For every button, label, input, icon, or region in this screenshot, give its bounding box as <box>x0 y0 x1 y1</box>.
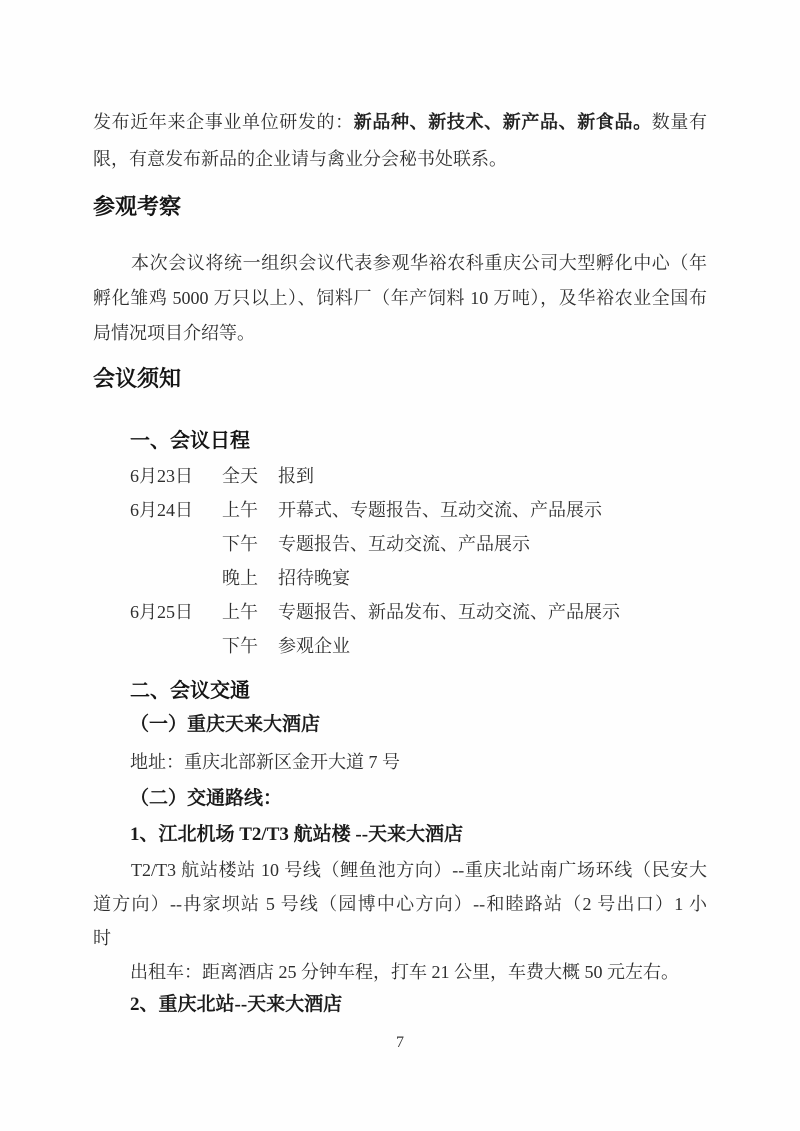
schedule-row: 晚上 招待晚宴 <box>130 561 707 595</box>
visit-paragraph: 本次会议将统一组织会议代表参观华裕农科重庆公司大型孵化中心（年 孵化雏鸡 500… <box>93 246 707 351</box>
schedule-date: 6月25日 <box>130 595 222 629</box>
section-heading-notice: 会议须知 <box>93 364 707 394</box>
route1-paragraph: T2/T3 航站楼站 10 号线（鲤鱼池方向）--重庆北站南广场环线（民安大 道… <box>93 853 707 955</box>
schedule-time: 下午 <box>222 629 278 663</box>
route1-line-2: 道方向）--冉家坝站 5 号线（园博中心方向）--和睦路站（2 号出口）1 小 <box>93 887 707 921</box>
schedule-date <box>130 561 222 595</box>
page-number: 7 <box>93 1029 707 1057</box>
page-content: 发布近年来企事业单位研发的：新品种、新技术、新产品、新食品。数量有 限，有意发布… <box>93 104 707 1057</box>
subheading-schedule: 一、会议日程 <box>130 426 707 456</box>
route1-title: 1、江北机场 T2/T3 航站楼 --天来大酒店 <box>130 820 707 850</box>
schedule-time: 全天 <box>222 459 278 493</box>
schedule-activity: 报到 <box>278 459 707 493</box>
schedule-date <box>130 527 222 561</box>
schedule-row: 下午 参观企业 <box>130 629 707 663</box>
schedule-date: 6月24日 <box>130 493 222 527</box>
schedule-date <box>130 629 222 663</box>
hotel-title: （一）重庆天来大酒店 <box>130 710 707 740</box>
routes-title: （二）交通路线： <box>130 784 707 814</box>
taxi-info: 出租车：距离酒店 25 分钟车程，打车 21 公里，车费大概 50 元左右。 <box>130 955 707 989</box>
schedule-table: 6月23日 全天 报到 6月24日 上午 开幕式、专题报告、互动交流、产品展示 … <box>130 459 707 663</box>
intro-line-1: 发布近年来企事业单位研发的：新品种、新技术、新产品、新食品。数量有 <box>93 104 707 141</box>
route1-line-1: T2/T3 航站楼站 10 号线（鲤鱼池方向）--重庆北站南广场环线（民安大 <box>93 853 707 887</box>
schedule-date: 6月23日 <box>130 459 222 493</box>
schedule-activity: 开幕式、专题报告、互动交流、产品展示 <box>278 493 707 527</box>
visit-line-2: 孵化雏鸡 5000 万只以上）、饲料厂（年产饲料 10 万吨），及华裕农业全国布 <box>93 281 707 316</box>
intro-paragraph: 发布近年来企事业单位研发的：新品种、新技术、新产品、新食品。数量有 限，有意发布… <box>93 104 707 178</box>
schedule-time: 上午 <box>222 493 278 527</box>
hotel-address: 地址：重庆北部新区金开大道 7 号 <box>130 745 707 779</box>
intro-line1-post: 数量有 <box>652 112 707 132</box>
schedule-time: 晚上 <box>222 561 278 595</box>
schedule-row: 6月24日 上午 开幕式、专题报告、互动交流、产品展示 <box>130 493 707 527</box>
schedule-activity: 参观企业 <box>278 629 707 663</box>
schedule-row: 6月25日 上午 专题报告、新品发布、互动交流、产品展示 <box>130 595 707 629</box>
intro-line1-pre: 发布近年来企事业单位研发的： <box>93 112 354 132</box>
route1-line-3: 时 <box>93 921 707 955</box>
visit-line-1: 本次会议将统一组织会议代表参观华裕农科重庆公司大型孵化中心（年 <box>93 246 707 281</box>
visit-line-3: 局情况项目介绍等。 <box>93 316 707 351</box>
schedule-activity: 专题报告、互动交流、产品展示 <box>278 527 707 561</box>
schedule-time: 下午 <box>222 527 278 561</box>
schedule-activity: 招待晚宴 <box>278 561 707 595</box>
schedule-time: 上午 <box>222 595 278 629</box>
schedule-row: 下午 专题报告、互动交流、产品展示 <box>130 527 707 561</box>
intro-line1-bold: 新品种、新技术、新产品、新食品。 <box>354 112 652 132</box>
document-page: 发布近年来企事业单位研发的：新品种、新技术、新产品、新食品。数量有 限，有意发布… <box>0 0 800 1131</box>
schedule-row: 6月23日 全天 报到 <box>130 459 707 493</box>
subheading-transport: 二、会议交通 <box>130 676 707 706</box>
intro-line-2: 限，有意发布新品的企业请与禽业分会秘书处联系。 <box>93 141 707 178</box>
route2-title: 2、重庆北站--天来大酒店 <box>130 990 707 1020</box>
section-heading-visit: 参观考察 <box>93 192 707 222</box>
schedule-activity: 专题报告、新品发布、互动交流、产品展示 <box>278 595 707 629</box>
